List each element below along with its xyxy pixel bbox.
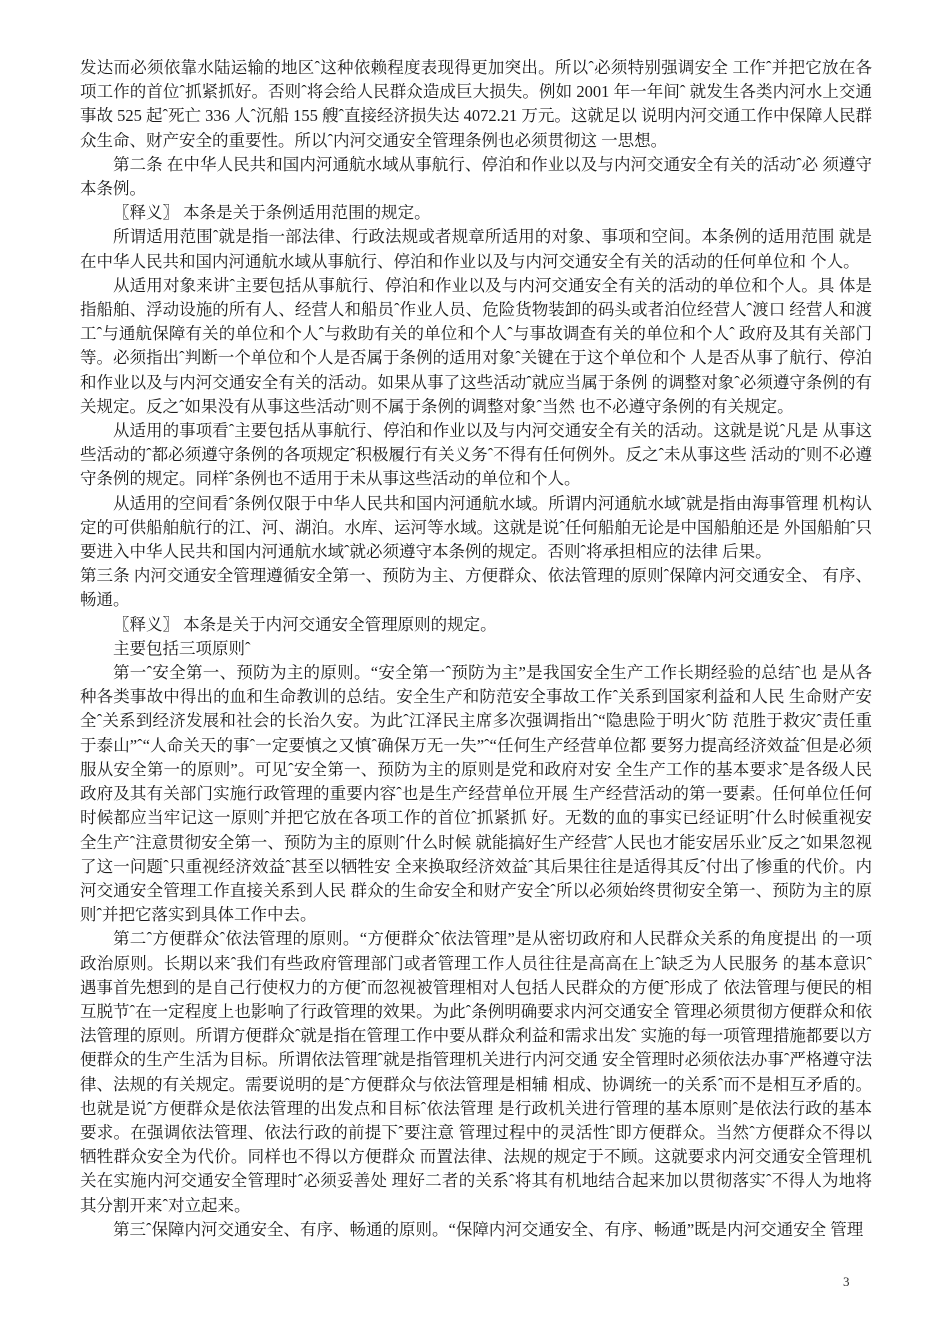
paragraph-article-2: 第二条 在中华人民共和国内河通航水域从事航行、停泊和作业以及与内河交通安全有关的… bbox=[80, 153, 872, 201]
document-page: 发达而必须依靠水陆运输的地区ˆ这种依赖程度表现得更加突出。所以ˆ必须特别强调安全… bbox=[0, 0, 950, 1344]
paragraph: 发达而必须依靠水陆运输的地区ˆ这种依赖程度表现得更加突出。所以ˆ必须特别强调安全… bbox=[80, 56, 872, 153]
page-number: 3 bbox=[843, 1274, 850, 1290]
paragraph: 第一ˆ安全第一、预防为主的原则。“安全第一ˆ预防为主”是我国安全生产工作长期经验… bbox=[80, 661, 872, 927]
paragraph-shiyi: 〖释义〗 本条是关于条例适用范围的规定。 bbox=[80, 201, 872, 225]
paragraph-article-3: 第三条 内河交通安全管理遵循安全第一、预防为主、方便群众、依法管理的原则ˆ保障内… bbox=[80, 564, 872, 612]
document-body: 发达而必须依靠水陆运输的地区ˆ这种依赖程度表现得更加突出。所以ˆ必须特别强调安全… bbox=[80, 56, 872, 1242]
paragraph-shiyi: 〖释义〗 本条是关于内河交通安全管理原则的规定。 bbox=[80, 613, 872, 637]
paragraph: 第三ˆ保障内河交通安全、有序、畅通的原则。“保障内河交通安全、有序、畅通”既是内… bbox=[80, 1218, 872, 1242]
paragraph: 从适用对象来讲ˆ主要包括从事航行、停泊和作业以及与内河交通安全有关的活动的单位和… bbox=[80, 274, 872, 419]
paragraph: 从适用的事项看ˆ主要包括从事航行、停泊和作业以及与内河交通安全有关的活动。这就是… bbox=[80, 419, 872, 492]
paragraph: 主要包括三项原则ˆ bbox=[80, 637, 872, 661]
paragraph: 从适用的空间看ˆ条例仅限于中华人民共和国内河通航水域。所谓内河通航水域ˆ就是指由… bbox=[80, 492, 872, 565]
paragraph: 第二ˆ方便群众ˆ依法管理的原则。“方便群众ˆ依法管理”是从密切政府和人民群众关系… bbox=[80, 927, 872, 1217]
paragraph: 所谓适用范围ˆ就是指一部法律、行政法规或者规章所适用的对象、事项和空间。本条例的… bbox=[80, 225, 872, 273]
